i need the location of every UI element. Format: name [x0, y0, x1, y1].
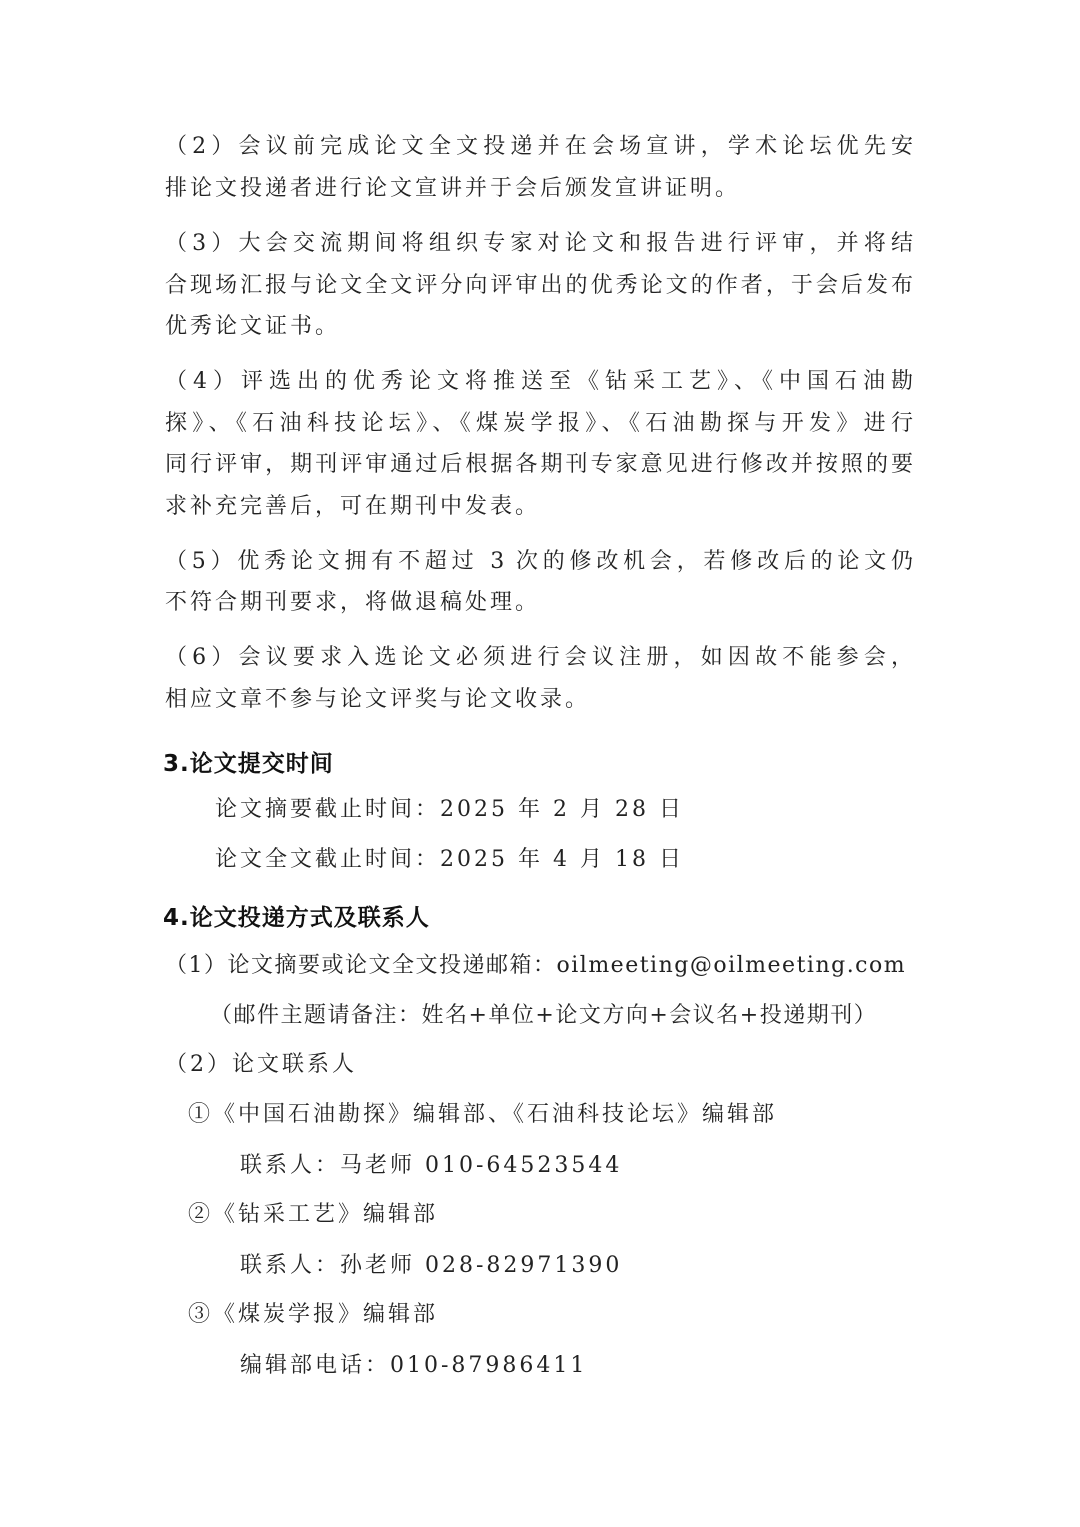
- section-heading-submission-method: 4.论文投递方式及联系人: [163, 903, 430, 933]
- contact-person-1: 联系人：马老师 010-64523544: [240, 1151, 622, 1181]
- paragraph-line: 排论文投递者进行论文宣讲并于会后颁发宣讲证明。: [165, 174, 740, 204]
- contacts-title: （2）论文联系人: [165, 1050, 357, 1080]
- document-page: （2）会议前完成论文全文投递并在会场宣讲，学术论坛优先安 排论文投递者进行论文宣…: [0, 0, 1080, 1527]
- email-subject-note: （邮件主题请备注：姓名+单位+论文方向+会议名+投递期刊）: [210, 1001, 877, 1031]
- contact-phone-3: 编辑部电话：010-87986411: [240, 1351, 587, 1381]
- paragraph-line: 同行评审，期刊评审通过后根据各期刊专家意见进行修改并按照的要: [165, 450, 913, 480]
- contact-dept-1: ①《中国石油勘探》编辑部、《石油科技论坛》编辑部: [188, 1100, 777, 1130]
- submission-email-line: （1）论文摘要或论文全文投递邮箱：oilmeeting@oilmeeting.c…: [165, 951, 906, 981]
- paragraph-line: （4）评选出的优秀论文将推送至《钻采工艺》、《中国石油勘: [165, 367, 913, 397]
- paragraph-line: 合现场汇报与论文全文评分向评审出的优秀论文的作者，于会后发布: [165, 271, 913, 301]
- paragraph-line: （2）会议前完成论文全文投递并在会场宣讲，学术论坛优先安: [165, 132, 913, 162]
- paragraph-line: （6）会议要求入选论文必须进行会议注册，如因故不能参会，: [165, 643, 913, 673]
- contact-person-2: 联系人：孙老师 028-82971390: [240, 1251, 622, 1281]
- paragraph-line: （3）大会交流期间将组织专家对论文和报告进行评审，并将结: [165, 229, 913, 259]
- paragraph-line: 不符合期刊要求，将做退稿处理。: [165, 588, 540, 618]
- paragraph-line: 优秀论文证书。: [165, 312, 340, 342]
- paragraph-line: 探》、《石油科技论坛》、《煤炭学报》、《石油勘探与开发》进行: [165, 409, 913, 439]
- contact-dept-2: ②《钻采工艺》编辑部: [188, 1200, 438, 1230]
- contact-dept-3: ③《煤炭学报》编辑部: [188, 1300, 438, 1330]
- abstract-deadline: 论文摘要截止时间：2025 年 2 月 28 日: [215, 795, 684, 825]
- section-heading-submission-time: 3.论文提交时间: [163, 749, 334, 779]
- paragraph-line: （5）优秀论文拥有不超过 3 次的修改机会，若修改后的论文仍: [165, 547, 913, 577]
- fulltext-deadline: 论文全文截止时间：2025 年 4 月 18 日: [215, 845, 684, 875]
- paragraph-line: 求补充完善后，可在期刊中发表。: [165, 492, 540, 522]
- paragraph-line: 相应文章不参与论文评奖与论文收录。: [165, 685, 590, 715]
